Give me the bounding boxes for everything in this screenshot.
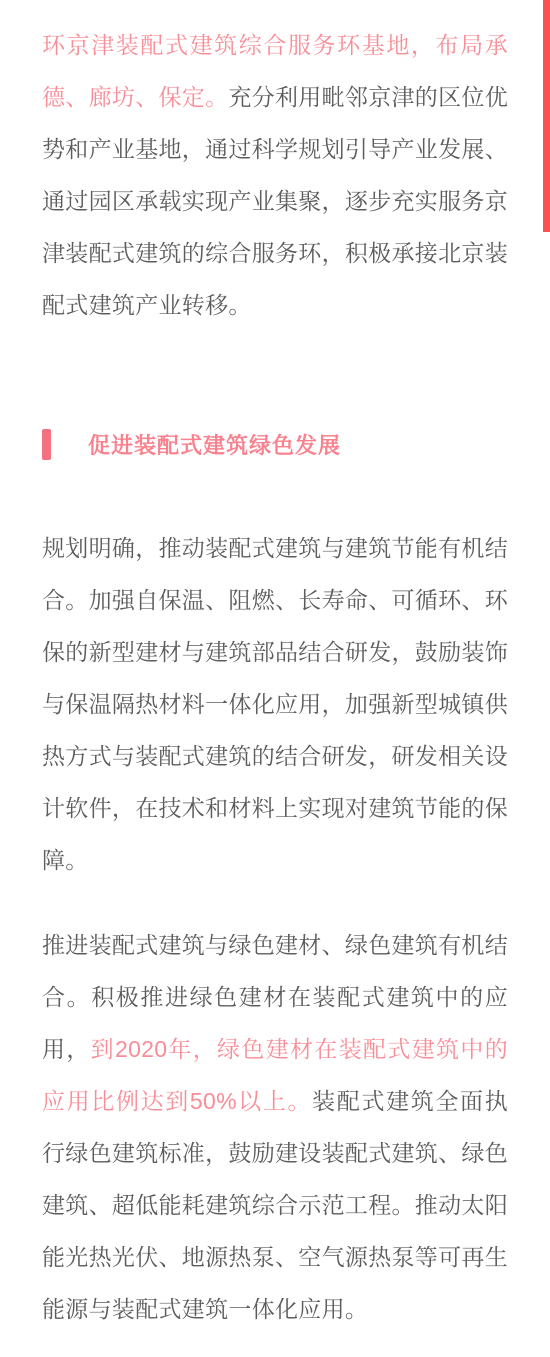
heading-accent-bar-icon (42, 429, 51, 460)
article-content: 环京津装配式建筑综合服务环基地，布局承德、廊坊、保定。充分利用毗邻京津的区位优势… (0, 0, 550, 1335)
paragraph-3: 推进装配式建筑与绿色建材、绿色建筑有机结合。积极推进绿色建材在装配式建筑中的应用… (42, 919, 508, 1335)
paragraph-2: 规划明确，推动装配式建筑与建筑节能有机结合。加强自保温、阻燃、长寿命、可循环、环… (42, 522, 508, 886)
body-text: 充分利用毗邻京津的区位优势和产业基地，通过科学规划引导产业发展、通过园区承载实现… (42, 84, 508, 318)
article-page: 环京津装配式建筑综合服务环基地，布局承德、廊坊、保定。充分利用毗邻京津的区位优势… (0, 0, 550, 1357)
body-text: 装配式建筑全面执行绿色建筑标准，鼓励建设装配式建筑、绿色建筑、超低能耗建筑综合示… (42, 1088, 508, 1322)
body-text: 规划明确，推动装配式建筑与建筑节能有机结合。加强自保温、阻燃、长寿命、可循环、环… (42, 535, 508, 873)
paragraph-1: 环京津装配式建筑综合服务环基地，布局承德、廊坊、保定。充分利用毗邻京津的区位优势… (42, 19, 508, 331)
section-heading: 促进装配式建筑绿色发展 (42, 428, 508, 461)
section-heading-text: 促进装配式建筑绿色发展 (88, 429, 341, 460)
scrollbar-thumb[interactable] (543, 0, 550, 232)
